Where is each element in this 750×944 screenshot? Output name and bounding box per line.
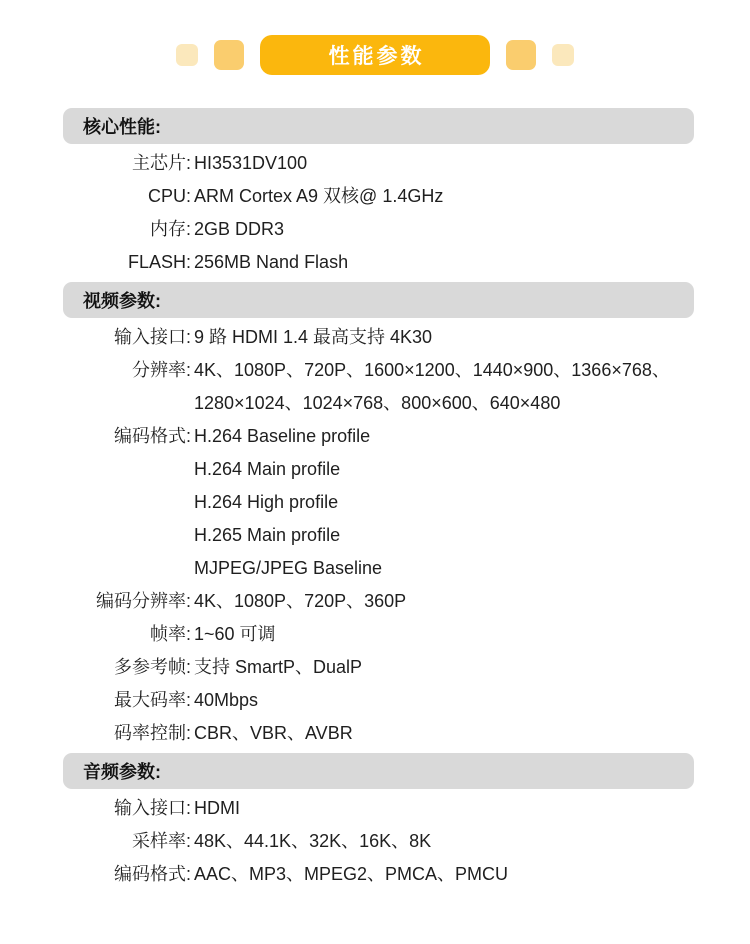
header: 性能参数 bbox=[0, 0, 750, 75]
spec-value-line: H.264 Baseline profile bbox=[194, 420, 382, 453]
spec-label: 最大码率: bbox=[63, 684, 191, 717]
spec-values: H.264 Baseline profileH.264 Main profile… bbox=[194, 420, 382, 585]
spec-value-line: 40Mbps bbox=[194, 684, 258, 717]
spec-label: FLASH: bbox=[63, 246, 191, 279]
section-header: 视频参数: bbox=[63, 282, 694, 318]
spec-row: 采样率: 48K、44.1K、32K、16K、8K bbox=[63, 825, 694, 858]
spec-label: 编码格式: bbox=[63, 420, 191, 585]
spec-value-line: 1~60 可调 bbox=[194, 618, 276, 651]
section-rows: 主芯片: HI3531DV100 CPU: ARM Cortex A9 双核@ … bbox=[63, 147, 694, 279]
spec-row: 主芯片: HI3531DV100 bbox=[63, 147, 694, 180]
spec-value-line: H.265 Main profile bbox=[194, 519, 382, 552]
section-title: 音频参数: bbox=[83, 758, 161, 784]
section-header: 音频参数: bbox=[63, 753, 694, 789]
spec-value-line: AAC、MP3、MPEG2、PMCA、PMCU bbox=[194, 858, 508, 891]
spec-label: 输入接口: bbox=[63, 321, 191, 354]
spec-row: 编码分辨率: 4K、1080P、720P、360P bbox=[63, 585, 694, 618]
section-banner: 性能参数 bbox=[260, 35, 490, 75]
decor-square-light-left bbox=[176, 44, 198, 66]
spec-value-line: 4K、1080P、720P、1600×1200、1440×900、1366×76… bbox=[194, 354, 670, 387]
spec-values: AAC、MP3、MPEG2、PMCA、PMCU bbox=[194, 858, 508, 891]
decor-square-light-right bbox=[552, 44, 574, 66]
spec-row: 内存: 2GB DDR3 bbox=[63, 213, 694, 246]
spec-row: CPU: ARM Cortex A9 双核@ 1.4GHz bbox=[63, 180, 694, 213]
spec-values: HDMI bbox=[194, 792, 240, 825]
spec-value-line: 1280×1024、1024×768、800×600、640×480 bbox=[194, 387, 670, 420]
spec-label: 编码格式: bbox=[63, 858, 191, 891]
spec-row: 分辨率: 4K、1080P、720P、1600×1200、1440×900、13… bbox=[63, 354, 694, 420]
spec-label: 采样率: bbox=[63, 825, 191, 858]
spec-label: 内存: bbox=[63, 213, 191, 246]
spec-values: HI3531DV100 bbox=[194, 147, 307, 180]
spec-values: ARM Cortex A9 双核@ 1.4GHz bbox=[194, 180, 443, 213]
spec-values: 支持 SmartP、DualP bbox=[194, 651, 362, 684]
spec-section: 视频参数: 输入接口: 9 路 HDMI 1.4 最高支持 4K30 分辨率: … bbox=[63, 282, 694, 750]
spec-values: 40Mbps bbox=[194, 684, 258, 717]
spec-row: 帧率: 1~60 可调 bbox=[63, 618, 694, 651]
spec-value-line: 9 路 HDMI 1.4 最高支持 4K30 bbox=[194, 321, 432, 354]
spec-value-line: HI3531DV100 bbox=[194, 147, 307, 180]
spec-value-line: HDMI bbox=[194, 792, 240, 825]
spec-row: 编码格式: AAC、MP3、MPEG2、PMCA、PMCU bbox=[63, 858, 694, 891]
spec-values: 256MB Nand Flash bbox=[194, 246, 348, 279]
section-title: 视频参数: bbox=[83, 287, 161, 313]
spec-value-line: 48K、44.1K、32K、16K、8K bbox=[194, 825, 431, 858]
spec-label: 分辨率: bbox=[63, 354, 191, 420]
spec-label: CPU: bbox=[63, 180, 191, 213]
spec-row: 码率控制: CBR、VBR、AVBR bbox=[63, 717, 694, 750]
spec-label: 多参考帧: bbox=[63, 651, 191, 684]
page-root: 性能参数 核心性能: 主芯片: HI3531DV100 CPU: ARM Cor… bbox=[0, 0, 750, 944]
spec-values: 4K、1080P、720P、360P bbox=[194, 585, 406, 618]
spec-value-line: H.264 High profile bbox=[194, 486, 382, 519]
spec-row: 最大码率: 40Mbps bbox=[63, 684, 694, 717]
section-title: 核心性能: bbox=[83, 113, 161, 139]
spec-values: CBR、VBR、AVBR bbox=[194, 717, 353, 750]
section-rows: 输入接口: 9 路 HDMI 1.4 最高支持 4K30 分辨率: 4K、108… bbox=[63, 321, 694, 750]
spec-label: 码率控制: bbox=[63, 717, 191, 750]
decor-square-medium-right bbox=[506, 40, 536, 70]
spec-label: 输入接口: bbox=[63, 792, 191, 825]
spec-values: 4K、1080P、720P、1600×1200、1440×900、1366×76… bbox=[194, 354, 670, 420]
section-rows: 输入接口: HDMI 采样率: 48K、44.1K、32K、16K、8K 编码格… bbox=[63, 792, 694, 891]
spec-label: 主芯片: bbox=[63, 147, 191, 180]
spec-row: 输入接口: 9 路 HDMI 1.4 最高支持 4K30 bbox=[63, 321, 694, 354]
spec-label: 帧率: bbox=[63, 618, 191, 651]
spec-values: 9 路 HDMI 1.4 最高支持 4K30 bbox=[194, 321, 432, 354]
spec-label: 编码分辨率: bbox=[63, 585, 191, 618]
spec-section: 核心性能: 主芯片: HI3531DV100 CPU: ARM Cortex A… bbox=[63, 108, 694, 279]
spec-value-line: 2GB DDR3 bbox=[194, 213, 284, 246]
spec-value-line: 256MB Nand Flash bbox=[194, 246, 348, 279]
decor-square-medium-left bbox=[214, 40, 244, 70]
spec-list: 核心性能: 主芯片: HI3531DV100 CPU: ARM Cortex A… bbox=[63, 108, 694, 891]
section-header: 核心性能: bbox=[63, 108, 694, 144]
spec-row: 输入接口: HDMI bbox=[63, 792, 694, 825]
spec-value-line: CBR、VBR、AVBR bbox=[194, 717, 353, 750]
spec-value-line: 支持 SmartP、DualP bbox=[194, 651, 362, 684]
spec-value-line: MJPEG/JPEG Baseline bbox=[194, 552, 382, 585]
spec-values: 48K、44.1K、32K、16K、8K bbox=[194, 825, 431, 858]
spec-row: FLASH: 256MB Nand Flash bbox=[63, 246, 694, 279]
spec-value-line: ARM Cortex A9 双核@ 1.4GHz bbox=[194, 180, 443, 213]
spec-row: 编码格式: H.264 Baseline profileH.264 Main p… bbox=[63, 420, 694, 585]
spec-section: 音频参数: 输入接口: HDMI 采样率: 48K、44.1K、32K、16K、… bbox=[63, 753, 694, 891]
spec-value-line: H.264 Main profile bbox=[194, 453, 382, 486]
spec-row: 多参考帧: 支持 SmartP、DualP bbox=[63, 651, 694, 684]
spec-value-line: 4K、1080P、720P、360P bbox=[194, 585, 406, 618]
spec-values: 2GB DDR3 bbox=[194, 213, 284, 246]
spec-values: 1~60 可调 bbox=[194, 618, 276, 651]
banner-title: 性能参数 bbox=[326, 40, 425, 70]
